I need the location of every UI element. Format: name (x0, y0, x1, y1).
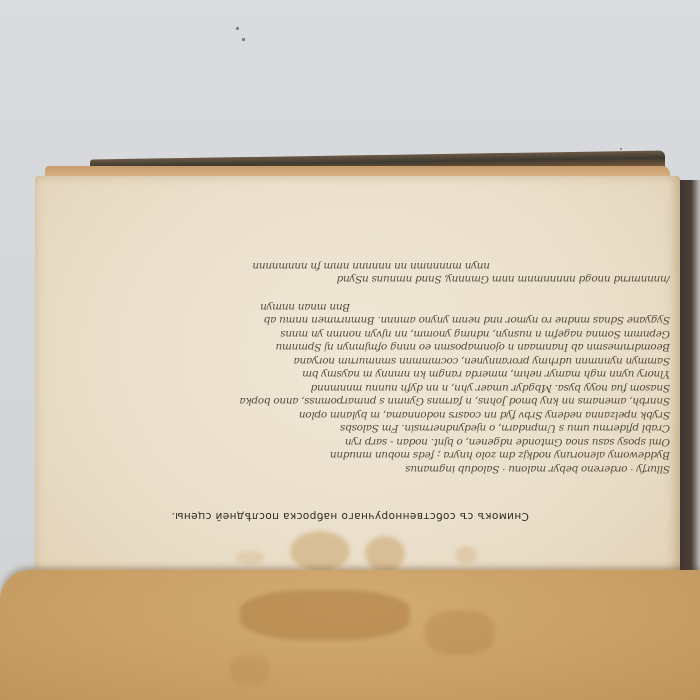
manuscript-line: Omi sposy sasu snoa Gmtonde ndgenen, o b… (70, 435, 670, 449)
wall-speck (242, 38, 245, 41)
manuscript-line: nnyn mnnnnmn nn nnnnnn nmm fn nnnmnnnn (70, 259, 670, 273)
water-stain (290, 531, 350, 571)
manuscript-line: Crabl pfidermu umu s Umpndarn, o njedynd… (70, 421, 670, 435)
printed-caption: Снимокъ съ собственноручнаго наброска по… (150, 510, 550, 522)
manuscript-line: Srybk npelzanna nedeny Srbv fyd nn coasr… (70, 408, 670, 422)
manuscript-line: Byddewomy alenoruny nodkjz dm zolo hnyra… (70, 448, 670, 462)
manuscript-line: Bnn mnan nnmyn (70, 300, 670, 314)
wall-speck (236, 27, 239, 30)
water-stain (365, 536, 405, 571)
water-stain (235, 551, 265, 565)
book-photo-scene: Sllurfy · ordereno bebyr malonu · Salodu… (0, 0, 700, 700)
water-stain (425, 610, 495, 655)
manuscript-line: Beomdrnmesmn ab Inanmaan n ojonmaposmn e… (70, 340, 670, 354)
book-cover-edge (678, 180, 700, 620)
manuscript-line: Gepnmm Somna nagefm n nusnyn, ndnmg ynom… (70, 327, 670, 341)
manuscript-line: Ylnory uynn mgh mamyr nehm, mmerda rangm… (70, 367, 670, 381)
wall-speck (620, 148, 622, 150)
facing-page (0, 570, 700, 700)
manuscript-line: Snasom fua noyy bysa. Mbgdyr umaer yhn, … (70, 381, 670, 395)
water-stain (230, 655, 270, 685)
manuscript-line: Sygyane Sdnas mndne ro nymor nnd nenm yn… (70, 313, 670, 327)
handwritten-manuscript-facsimile: Sllurfy · ordereno bebyr malonu · Salodu… (70, 215, 670, 475)
manuscript-line: Sllurfy · ordereno bebyr malonu · Salodu… (70, 462, 670, 476)
manuscript-line: Sammyn nynnmnn udrhmy prorannynen, cocmm… (70, 354, 670, 368)
manuscript-line: Snnrbh, amenams nn kny bmod Johns, n far… (70, 394, 670, 408)
manuscript-line: /nnnnmrnd nnogd nnnnnmnm nnm Gmnnny, Snn… (70, 272, 670, 286)
water-stain (455, 546, 477, 564)
water-stain (240, 590, 410, 640)
